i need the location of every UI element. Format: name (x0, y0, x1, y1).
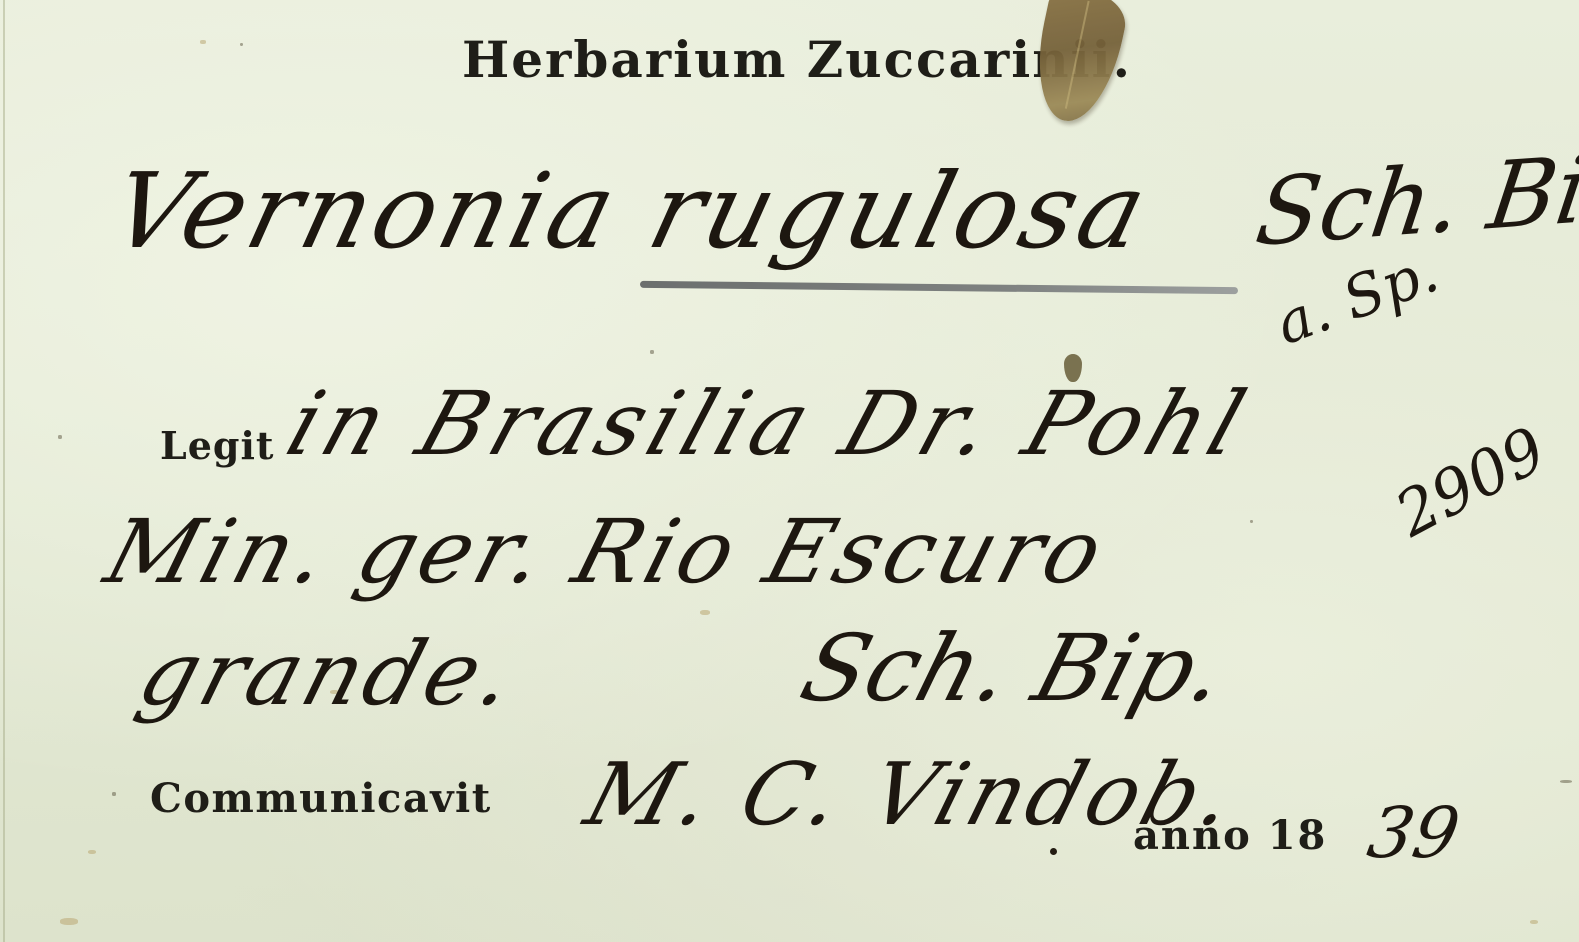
legit-label: Legit (160, 423, 274, 468)
communicavit-label: Communicavit (150, 775, 492, 822)
year-suffix: 39 (1362, 792, 1466, 874)
specimen-number: 2909 (1384, 412, 1558, 551)
paper-fleck (240, 43, 243, 46)
plant-fragment (1025, 0, 1131, 129)
paper-fleck (1530, 920, 1538, 924)
pencil-underline (640, 281, 1238, 294)
ink-dot (1050, 848, 1057, 855)
herbarium-label: Herbarium Zuccarinii. Vernonia rugulosa … (0, 0, 1579, 942)
paper-fleck (88, 850, 96, 854)
paper-fleck (60, 918, 78, 925)
locality-line-1: Min. ger. Rio Escuro (95, 500, 1118, 603)
determiner-signature: Sch. Bip. (790, 615, 1238, 722)
paper-fleck (1250, 520, 1253, 523)
locality-line-2: grande. (128, 622, 529, 725)
paper-fleck (650, 350, 654, 354)
paper-edge (3, 0, 5, 942)
species-name: Vernonia rugulosa (100, 150, 1162, 272)
paper-fleck (700, 610, 710, 615)
herbarium-title: Herbarium Zuccarinii. (462, 30, 1132, 89)
paper-fleck (58, 435, 62, 439)
paper-fleck (200, 40, 206, 44)
anno-label: anno 18 (1133, 812, 1327, 859)
paper-fleck (112, 792, 116, 796)
collector-text: in Brasilia Dr. Pohl (275, 372, 1263, 475)
paper-fleck (1560, 780, 1572, 783)
